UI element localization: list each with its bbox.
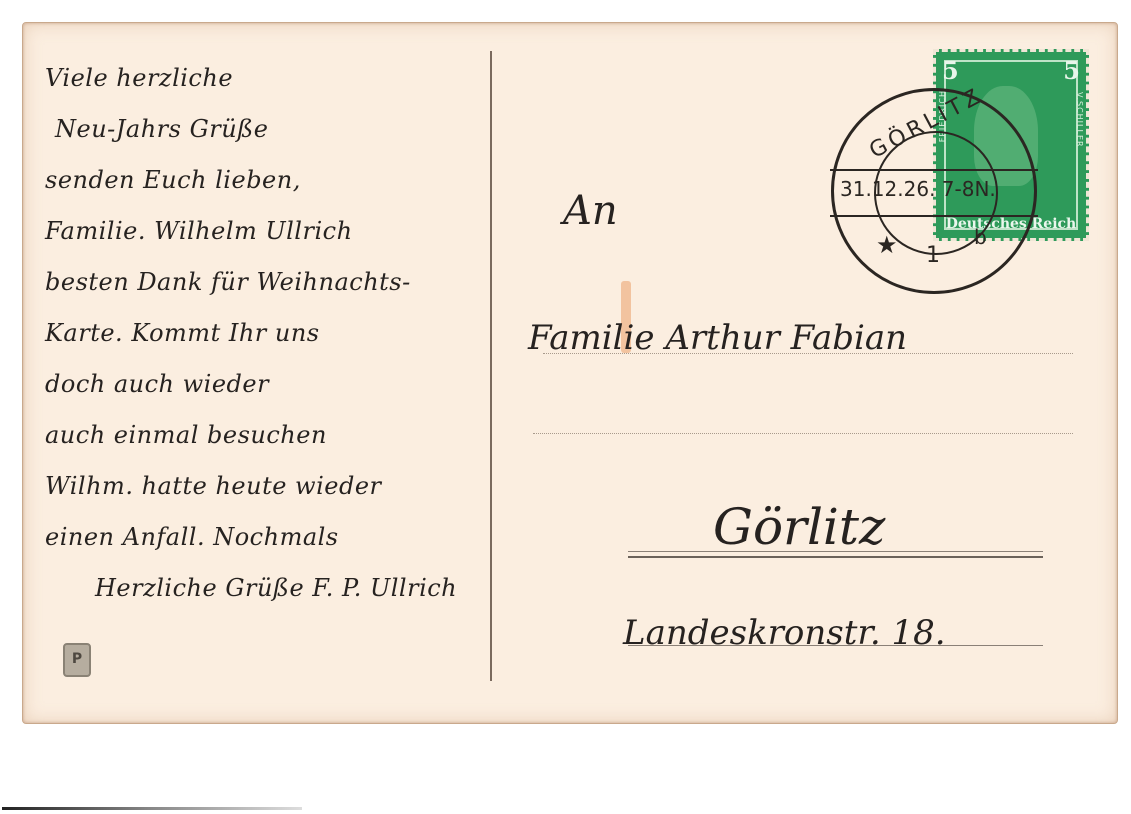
address-line [628,556,1043,558]
message-line: Karte. Kommt Ihr uns [45,308,485,359]
message-line: doch auch wieder [45,359,485,410]
stamp-value: 5 [942,56,959,85]
message-line: Viele herzliche [45,53,485,104]
message-line: einen Anfall. Nochmals [45,512,485,563]
postmark-letter: b [974,225,987,249]
address-to: An [563,188,618,234]
star-icon: ★ [876,231,898,259]
address-city: Görlitz [713,498,885,556]
publisher-logo: P [63,643,91,677]
center-divider [490,51,492,681]
address-line [628,645,1043,646]
message-line: auch einmal besuchen [45,410,485,461]
message-line: Familie. Wilhelm Ullrich [45,206,485,257]
address-line [628,551,1043,552]
postmark: GÖRLITZ 31.12.26. 7-8N. ★ 1 b [831,88,1037,294]
message-line: Wilhm. hatte heute wieder [45,461,485,512]
postcard: Viele herzliche Neu-Jahrs Grüße senden E… [22,22,1118,724]
address-line [543,353,1073,354]
message-line: besten Dank für Weihnachts- [45,257,485,308]
message-line: Neu-Jahrs Grüße [45,104,485,155]
address-line [533,433,1073,434]
postmark-date: 31.12.26. 7-8N. [840,177,996,201]
stamp-value: 5 [1063,56,1080,85]
message-line: senden Euch lieben, [45,155,485,206]
scan-artifact-line [2,807,302,810]
address-street: Landeskronstr. 18. [623,613,946,653]
stamp-right-text: V.SCHILLER [1075,92,1084,148]
signature-line: Herzliche Grüße F. P. Ullrich [45,563,485,614]
handwritten-message: Viele herzliche Neu-Jahrs Grüße senden E… [45,53,485,614]
postmark-number: 1 [926,243,940,268]
address-recipient: Familie Arthur Fabian [528,318,907,358]
